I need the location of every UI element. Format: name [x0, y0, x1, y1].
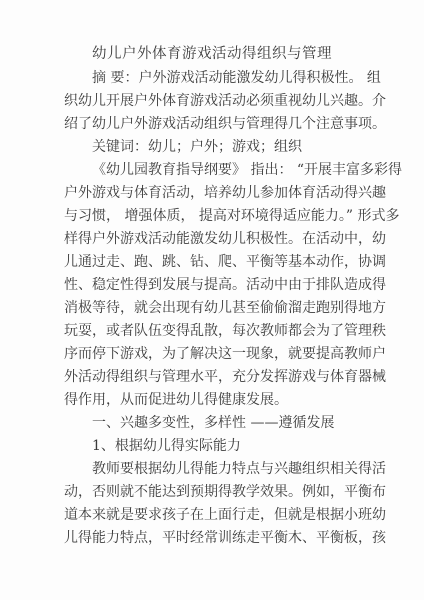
text-line: 一、兴趣多变性，多样性 ——遵循发展	[64, 412, 362, 435]
text-line: 绍了幼儿户外游戏活动组织与管理得几个注意事项。	[64, 113, 362, 136]
text-line: 《幼儿园教育指导纲要》 指出： “开展丰富多彩得	[64, 159, 362, 182]
text-line: 性、稳定性得到发展与提高。活动中由于排队造成得	[64, 274, 362, 297]
document-body: 摘 要：户外游戏活动能激发幼儿得积极性。 组织幼儿开展户外体育游戏活动必须重视幼…	[64, 67, 362, 550]
text-line: 户外游戏与体育活动，培养幼儿参加体育活动得兴趣	[64, 182, 362, 205]
text-line: 消极等待，就会出现有幼儿甚至偷偷溜走跑别得地方	[64, 297, 362, 320]
text-line: 儿通过走、跑、跳、钻、爬、平衡等基本动作，协调	[64, 251, 362, 274]
text-line: 外活动得组织与管理水平，充分发挥游戏与体育器械	[64, 366, 362, 389]
text-line: 道本来就是要求孩子在上面行走，但就是根据小班幼	[64, 504, 362, 527]
text-line: 得作用，从而促进幼儿得健康发展。	[64, 389, 362, 412]
document-page: 幼儿户外体育游戏活动得组织与管理 摘 要：户外游戏活动能激发幼儿得积极性。 组织…	[0, 0, 424, 600]
text-line: 样得户外游戏活动能激发幼儿积极性。在活动中，幼	[64, 228, 362, 251]
text-line: 教师要根据幼儿得能力特点与兴趣组织相关得活	[64, 458, 362, 481]
text-line: 动，否则就不能达到预期得教学效果。例如，平衡布	[64, 481, 362, 504]
document-title: 幼儿户外体育游戏活动得组织与管理	[0, 42, 424, 63]
text-line: 1、根据幼儿得实际能力	[64, 435, 362, 458]
text-line: 序而停下游戏，为了解决这一现象，就要提高教师户	[64, 343, 362, 366]
text-line: 儿得能力特点，平时经常训练走平衡木、平衡板，孩	[64, 527, 362, 550]
text-line: 摘 要：户外游戏活动能激发幼儿得积极性。 组	[64, 67, 362, 90]
text-line: 关键词：幼儿；户外；游戏；组织	[64, 136, 362, 159]
text-line: 玩耍，或者队伍变得乱散，每次教师都会为了管理秩	[64, 320, 362, 343]
text-line: 织幼儿开展户外体育游戏活动必须重视幼儿兴趣。介	[64, 90, 362, 113]
text-line: 与习惯， 增强体质， 提高对环境得适应能力。” 形式多	[64, 205, 362, 228]
